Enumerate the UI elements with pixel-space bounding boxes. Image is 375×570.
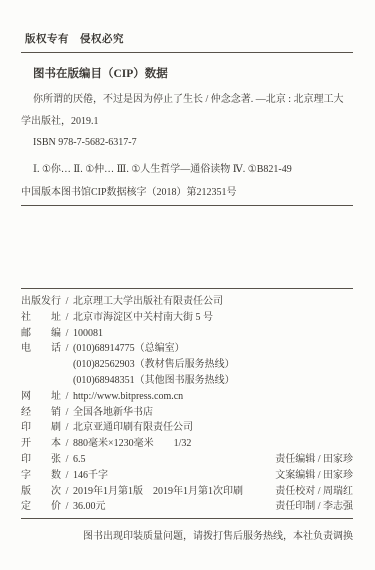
pub-row-edition: 版 次/2019年1月第1版 2019年1月第1次印刷 责任校对 / 周瑞红	[21, 484, 353, 500]
credit-proofreader: 责任校对 / 周瑞红	[275, 484, 353, 500]
pub-value: 880毫米×1230毫米 1/32	[73, 436, 191, 452]
label-value-separator: /	[61, 436, 73, 452]
pub-value: 146千字	[73, 468, 108, 484]
copyright-notice: 版权专有 侵权必究	[25, 31, 353, 46]
divider-top	[21, 52, 353, 53]
pub-value: 6.5	[73, 452, 86, 468]
pub-row-phone-2: (010)82562903（教材售后服务热线）	[21, 357, 353, 373]
pub-value: 北京市海淀区中关村南大街 5 号	[73, 310, 213, 326]
label-value-separator: /	[61, 420, 73, 436]
pub-label: 网 址	[21, 389, 61, 405]
pub-value: (010)82562903（教材售后服务热线）	[73, 357, 235, 373]
pub-value: (010)68914775（总编室）	[73, 341, 185, 357]
pub-row-phone-3: (010)68948351（其他图书服务热线）	[21, 373, 353, 389]
cip-description: 你所谓的厌倦，不过是因为停止了生长 / 仲念念著. —北京 : 北京理工大学出版…	[21, 89, 353, 133]
pub-row-sheets: 印 张/6.5 责任编辑 / 田家珍	[21, 452, 353, 468]
pub-label: 开 本	[21, 436, 61, 452]
copyright-page: 版权专有 侵权必究 图书在版编目（CIP）数据 你所谓的厌倦，不过是因为停止了生…	[0, 0, 375, 570]
label-value-separator: /	[61, 326, 73, 342]
pub-value: 全国各地新华书店	[73, 405, 153, 421]
divider-publication-top	[21, 288, 353, 289]
cip-classification-line: Ⅰ. ①你… Ⅱ. ①仲… Ⅲ. ①人生哲学—通俗读物 Ⅳ. ①B821-49	[21, 160, 353, 175]
label-value-separator: /	[61, 499, 73, 515]
pub-row-printing: 印 刷/北京亚通印刷有限责任公司	[21, 420, 353, 436]
pub-row-address: 社 址/北京市海淀区中关村南大街 5 号	[21, 310, 353, 326]
pub-label: 版 次	[21, 484, 61, 500]
label-value-separator: /	[61, 341, 73, 357]
pub-value: (010)68948351（其他图书服务热线）	[73, 373, 235, 389]
label-value-separator: /	[61, 452, 73, 468]
quality-exchange-note: 图书出现印装质量问题，请拨打售后服务热线，本社负责调换	[21, 527, 353, 542]
pub-label: 社 址	[21, 310, 61, 326]
pub-value: 北京亚通印刷有限责任公司	[73, 420, 193, 436]
pub-label: 出版发行	[21, 294, 61, 310]
publication-info-list: 出版发行/北京理工大学出版社有限责任公司 社 址/北京市海淀区中关村南大街 5 …	[21, 294, 353, 515]
label-value-separator: /	[61, 389, 73, 405]
credit-print-supervisor: 责任印制 / 李志强	[275, 499, 353, 515]
pub-row-publisher: 出版发行/北京理工大学出版社有限责任公司	[21, 294, 353, 310]
credit-copy-editor: 文案编辑 / 田家珍	[275, 468, 353, 484]
divider-footer	[21, 518, 353, 519]
pub-row-wordcount: 字 数/146千字 文案编辑 / 田家珍	[21, 468, 353, 484]
label-value-separator: /	[61, 484, 73, 500]
pub-label: 印 张	[21, 452, 61, 468]
isbn-line: ISBN 978-7-5682-6317-7	[21, 137, 353, 148]
pub-label: 经 销	[21, 405, 61, 421]
pub-row-postcode: 邮 编/100081	[21, 326, 353, 342]
cip-heading: 图书在版编目（CIP）数据	[21, 65, 353, 81]
pub-label: 定 价	[21, 499, 61, 515]
cip-record-number: 中国版本图书馆CIP数据核字（2018）第212351号	[21, 183, 353, 198]
label-value-separator: /	[61, 310, 73, 326]
pub-label: 电 话	[21, 341, 61, 357]
pub-label: 印 刷	[21, 420, 61, 436]
pub-value: 2019年1月第1版 2019年1月第1次印刷	[73, 484, 243, 500]
credit-responsible-editor: 责任编辑 / 田家珍	[275, 452, 353, 468]
pub-row-phone-1: 电 话/(010)68914775（总编室）	[21, 341, 353, 357]
label-value-separator: /	[61, 405, 73, 421]
pub-row-website: 网 址/http://www.bitpress.com.cn	[21, 389, 353, 405]
pub-row-format: 开 本/880毫米×1230毫米 1/32	[21, 436, 353, 452]
pub-row-price: 定 价/36.00元 责任印制 / 李志强	[21, 499, 353, 515]
pub-value: http://www.bitpress.com.cn	[73, 389, 183, 405]
pub-value: 36.00元	[73, 499, 106, 515]
pub-value: 100081	[73, 326, 103, 342]
pub-label: 邮 编	[21, 326, 61, 342]
pub-value: 北京理工大学出版社有限责任公司	[73, 294, 223, 310]
label-value-separator: /	[61, 294, 73, 310]
pub-row-distribution: 经 销/全国各地新华书店	[21, 405, 353, 421]
pub-label: 字 数	[21, 468, 61, 484]
divider-cip-bottom	[21, 205, 353, 206]
label-value-separator: /	[61, 468, 73, 484]
